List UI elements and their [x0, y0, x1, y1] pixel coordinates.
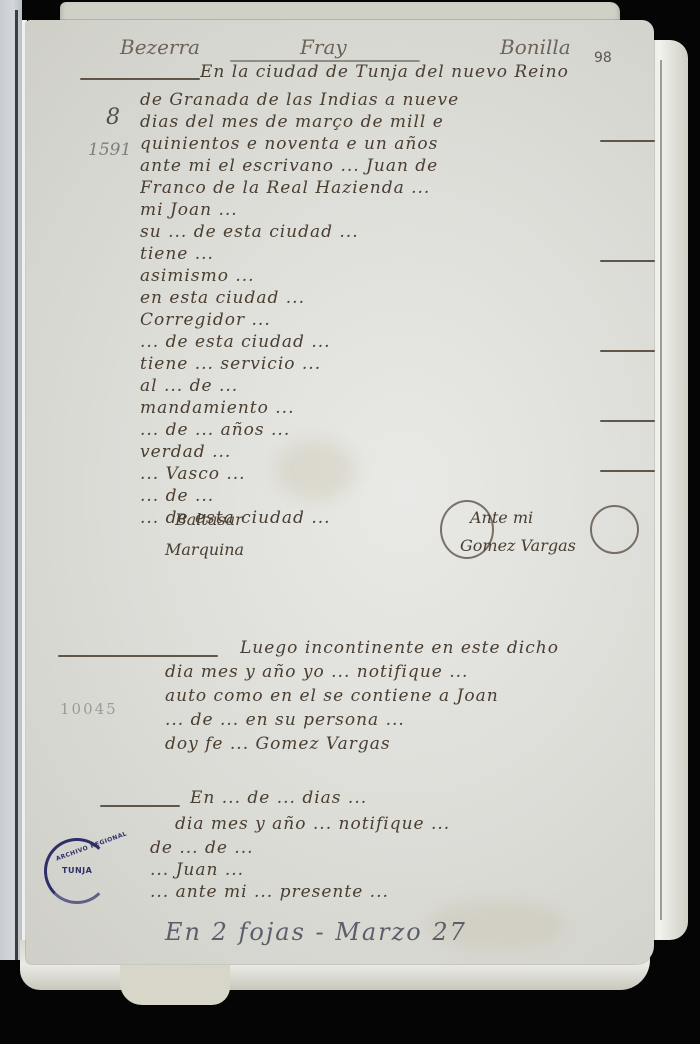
entry-line: ... de ... en su persona ... [165, 710, 635, 730]
entry-line: de ... de ... [150, 838, 630, 858]
paper-stack-bottom-flap [120, 965, 230, 1005]
entry-line: Luego incontinente en este dicho [240, 638, 640, 658]
body-line: ante mi el escrivano ... Juan de [140, 156, 620, 176]
body-line: dias del mes de março de mill e [140, 112, 620, 132]
entry-line: dia mes y año ... notifique ... [175, 814, 635, 834]
entry-line: auto como en el se contiene a Joan [165, 686, 635, 706]
pencil-note: En 2 fojas - Marzo 27 [165, 918, 467, 946]
line-flourish [600, 140, 655, 142]
line-flourish [600, 260, 655, 262]
signature-rubric [590, 505, 639, 554]
body-line: En la ciudad de Tunja del nuevo Reino [200, 62, 620, 82]
header-annotation-right: Bonilla [500, 35, 571, 59]
body-line: mandamiento ... [140, 398, 620, 418]
entry-line: dia mes y año yo ... notifique ... [165, 662, 635, 682]
stamp-center-text: TUNJA [62, 866, 92, 875]
marginal-numeral: 8 [106, 105, 120, 130]
body-line: ... Vasco ... [140, 464, 620, 484]
body-line: quinientos e noventa e un años [140, 134, 620, 154]
paper-stack-right-edge [660, 60, 662, 920]
body-line: mi Joan ... [140, 200, 620, 220]
body-line: al ... de ... [140, 376, 620, 396]
entry-separator [100, 805, 180, 807]
body-line: ... de ... [140, 486, 620, 506]
header-annotation-middle: Fray [300, 35, 347, 59]
body-line: ... de ... años ... [140, 420, 620, 440]
entry-line: ... Juan ... [150, 860, 630, 880]
line-flourish [600, 420, 655, 422]
body-line: Corregidor ... [140, 310, 620, 330]
entry-line: ... ante mi ... presente ... [150, 882, 590, 902]
marginal-year: 1591 [88, 140, 131, 160]
body-line: tiene ... [140, 244, 620, 264]
body-line: asimismo ... [140, 266, 620, 286]
body-line: Franco de la Real Hazienda ... [140, 178, 620, 198]
line-flourish [600, 350, 655, 352]
entry-line: En ... de ... dias ... [190, 788, 630, 808]
entry-line: doy fe ... Gomez Vargas [165, 734, 465, 754]
signature-left-surname: Marquina [165, 540, 244, 559]
signature-left-name: Baltasar [175, 510, 243, 529]
body-line: verdad ... [140, 442, 620, 462]
body-line: de Granada de las Indias a nueve [140, 90, 620, 110]
body-line: tiene ... servicio ... [140, 354, 620, 374]
header-underline [80, 78, 200, 80]
binding-spine [15, 10, 18, 960]
left-facing-page [0, 0, 22, 960]
entry-separator [58, 655, 218, 657]
signature-rubric [440, 500, 494, 559]
body-line: en esta ciudad ... [140, 288, 620, 308]
header-annotation-left: Bezerra [120, 35, 200, 59]
body-line: su ... de esta ciudad ... [140, 222, 620, 242]
marginal-reference: 10045 [60, 700, 118, 718]
body-line: ... de esta ciudad ... [140, 332, 620, 352]
line-flourish [600, 470, 655, 472]
